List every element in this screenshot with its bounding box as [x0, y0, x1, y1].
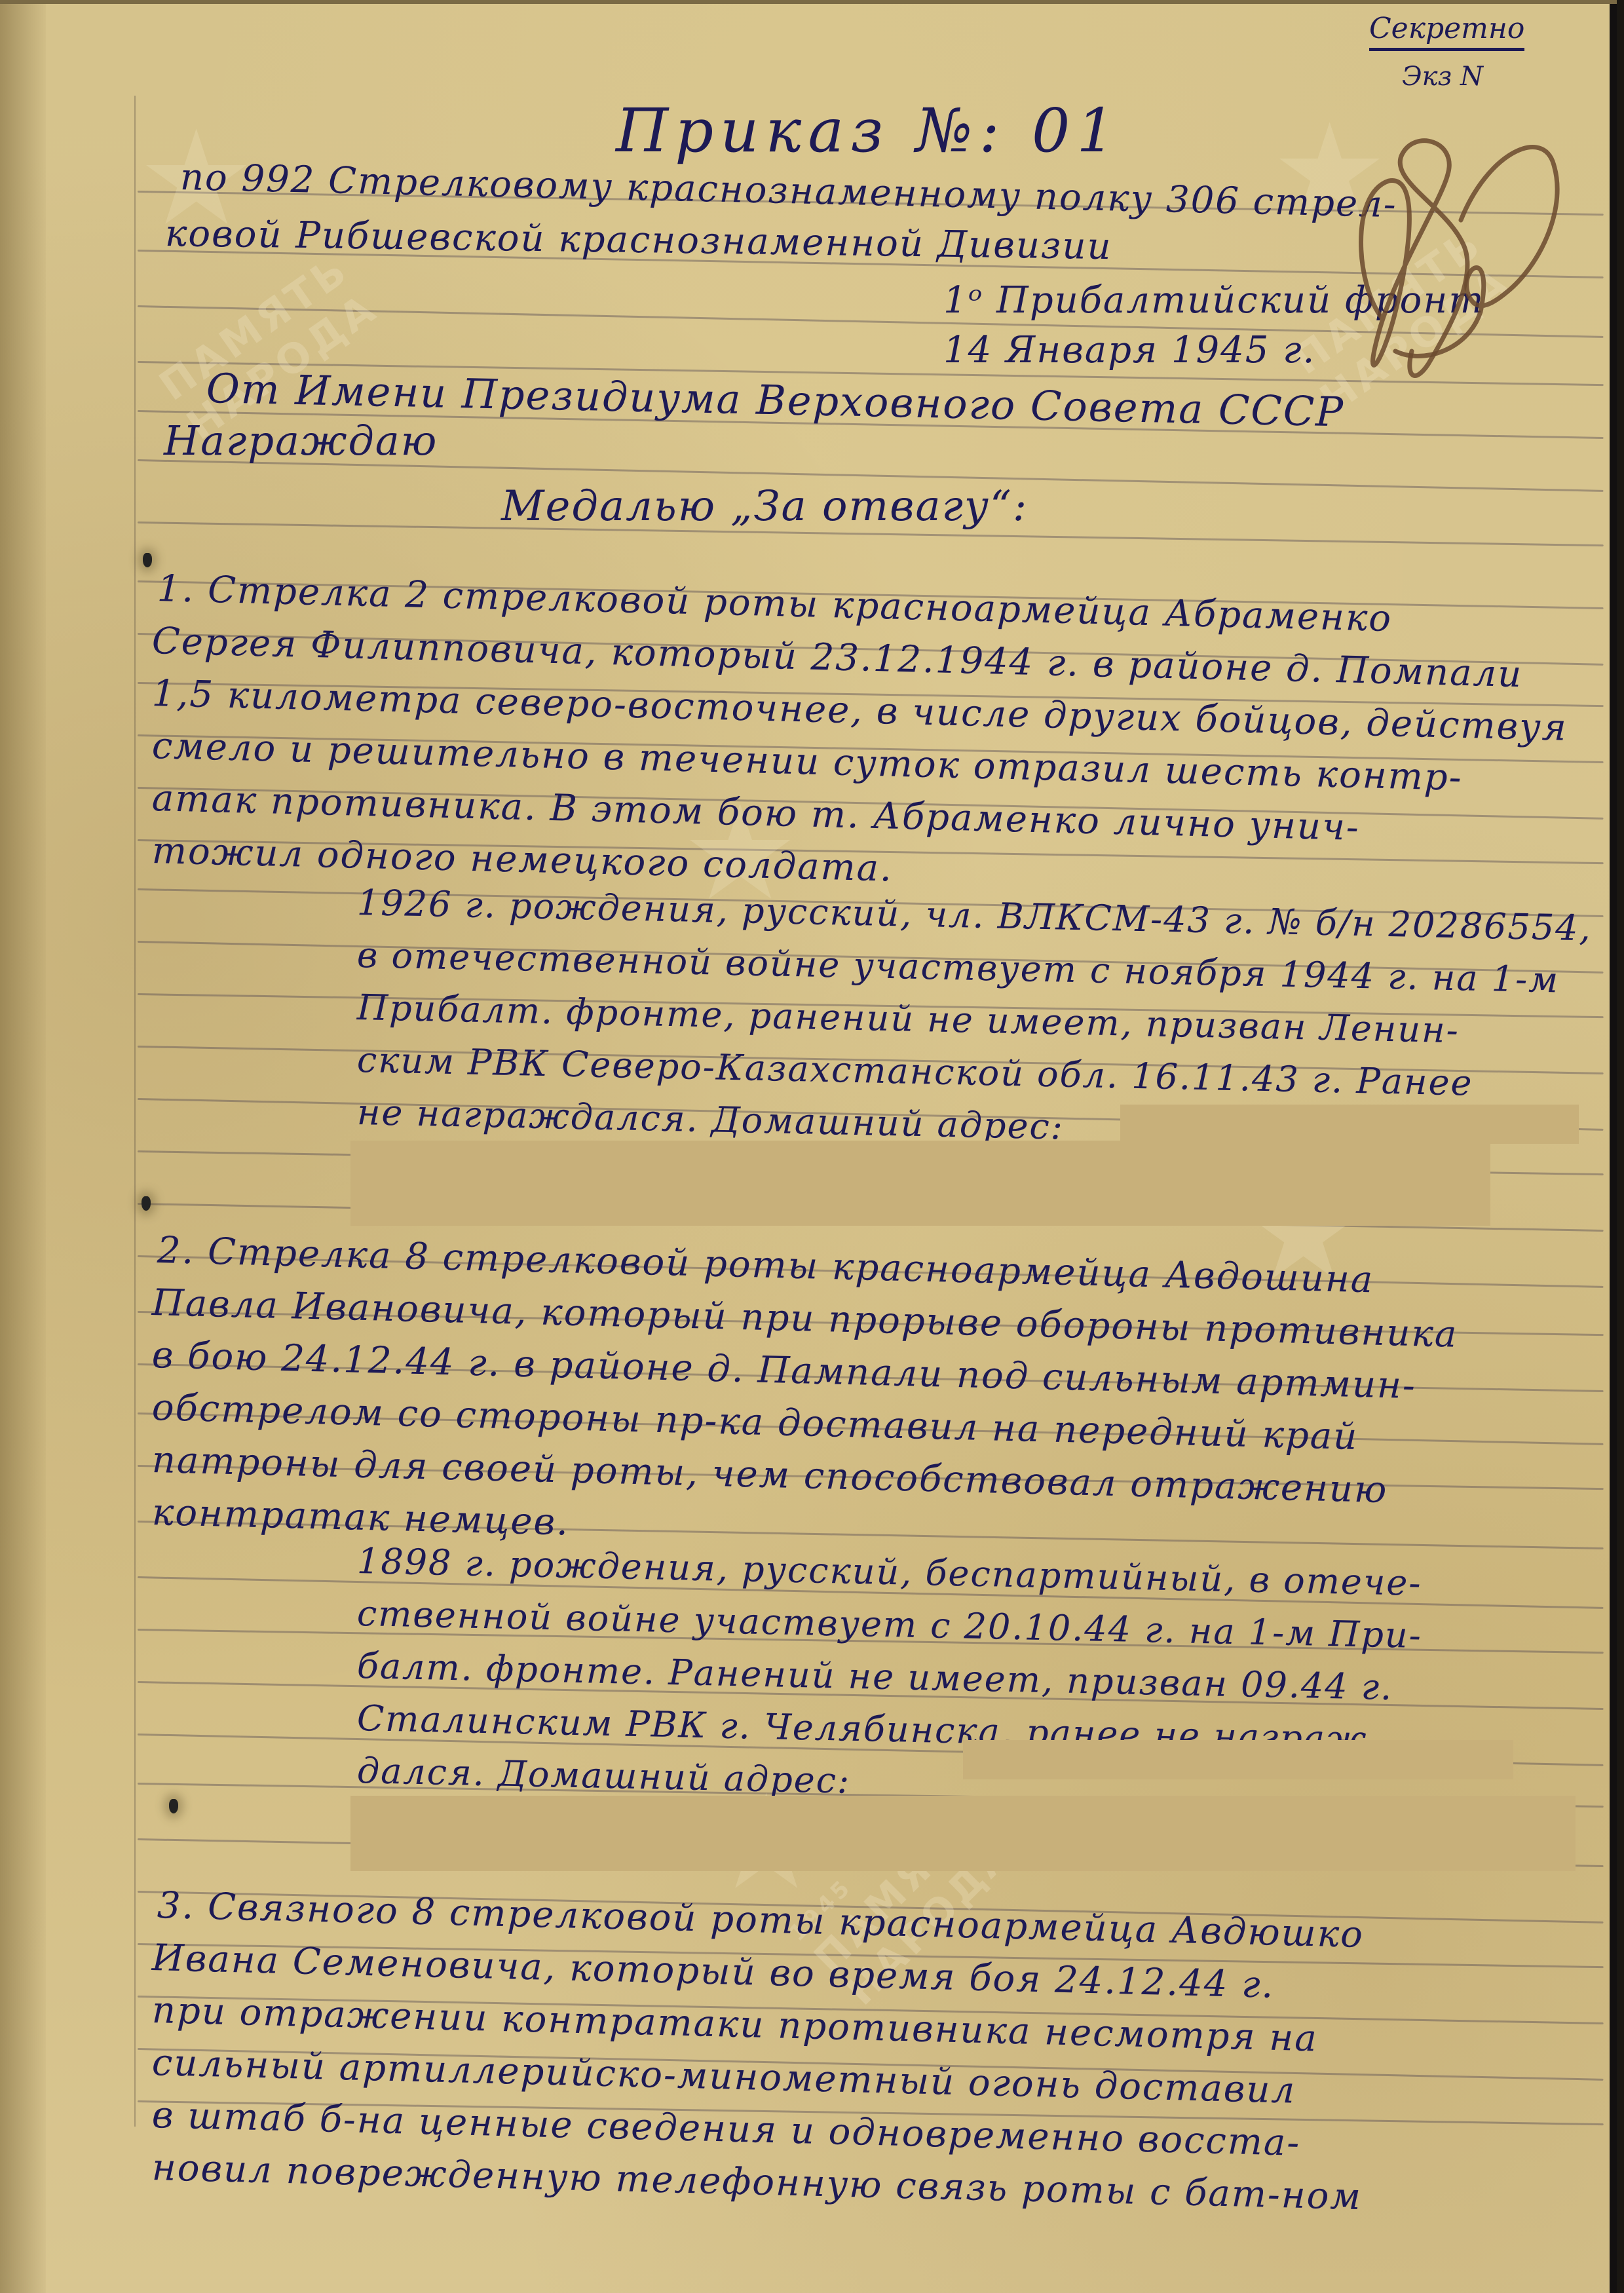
- award-name: Медалью „За отвагу“:: [501, 482, 1028, 531]
- signature-mark: [1343, 115, 1579, 390]
- redacted-address: [350, 1141, 1490, 1226]
- biography-line: Прибалт. фронте, ранений не имеет, призв…: [356, 987, 1460, 1051]
- biography-line: ственной войне участвует с 20.10.44 г. н…: [356, 1593, 1422, 1656]
- award-verb: Награждаю: [164, 417, 438, 464]
- page-right-edge: [1610, 4, 1617, 2293]
- margin-line: [134, 96, 136, 2127]
- biography-line: ским РВК Северо-Казахстанской обл. 16.11…: [356, 1039, 1473, 1104]
- order-title: Приказ №: 01: [616, 96, 1122, 166]
- biography-line: балт. фронте. Ранений не имеет, призван …: [356, 1645, 1393, 1708]
- citation-line: контратак немцев.: [151, 1491, 570, 1544]
- binding-hole: [143, 553, 152, 567]
- redacted-address: [350, 1796, 1576, 1871]
- document-page: ★ ПАМЯТЬ НАРОДА ★ ПАМЯТЬ НАРОДА ★ 1945 П…: [0, 0, 1617, 2293]
- biography-line: не награждался. Домашний адрес:: [356, 1091, 1064, 1148]
- biography-line: дался. Домашний адрес:: [356, 1750, 850, 1802]
- order-header-line: ковой Рибшевской краснознаменной Дивизии: [165, 212, 1113, 268]
- order-date: 14 Января 1945 г.: [943, 329, 1315, 371]
- biography-line: 1898 г. рождения, русский, беспартийный,…: [356, 1540, 1422, 1604]
- redacted-address: [1120, 1105, 1579, 1144]
- binding-hole: [142, 1196, 151, 1211]
- classification-label: Секретно: [1369, 12, 1524, 51]
- page-left-edge-stain: [0, 4, 46, 2293]
- binding-hole: [169, 1799, 178, 1813]
- redacted-address: [963, 1740, 1513, 1779]
- copy-number-label: Экз N: [1402, 62, 1483, 92]
